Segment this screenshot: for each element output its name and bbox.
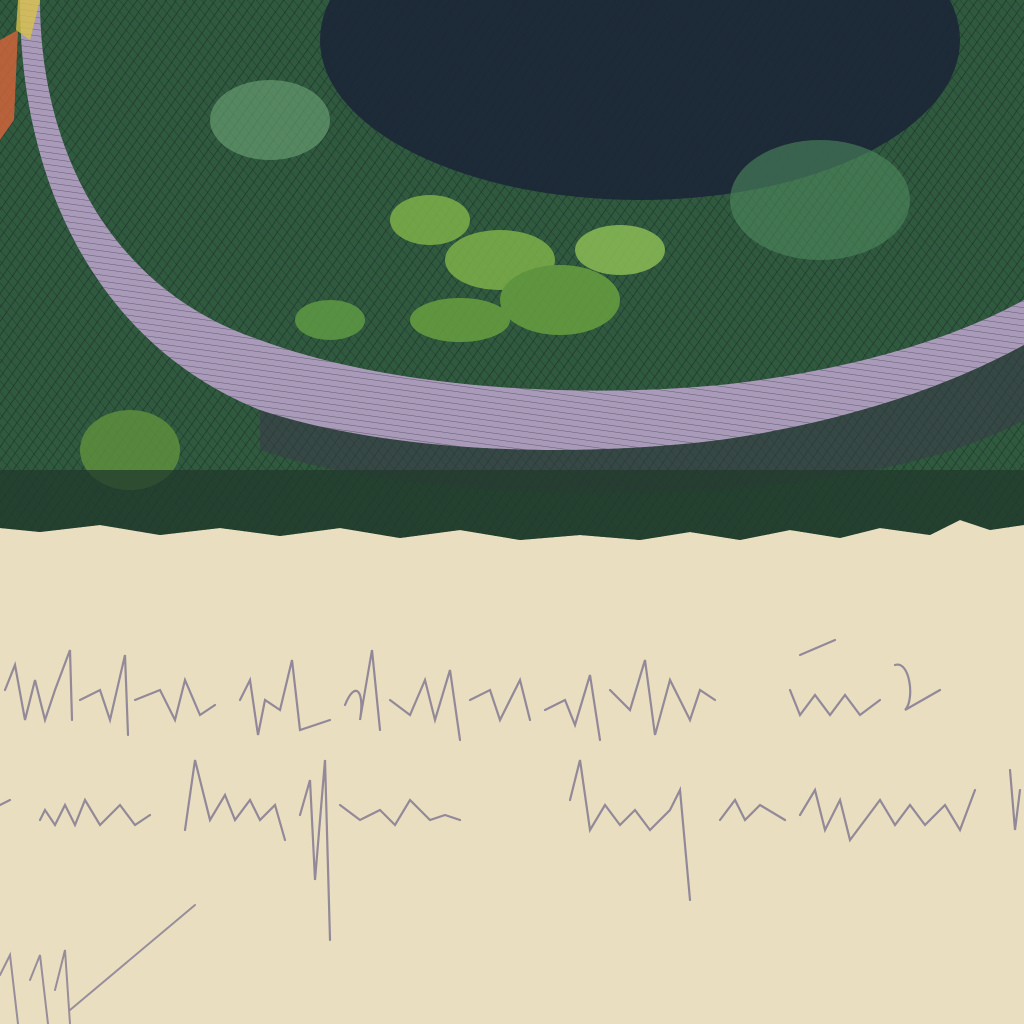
drawing <box>0 0 1024 1024</box>
artwork-canvas: Wahrheit ihn gläubig gebildet und in der… <box>0 0 1024 1024</box>
grass-edge <box>0 470 1024 540</box>
